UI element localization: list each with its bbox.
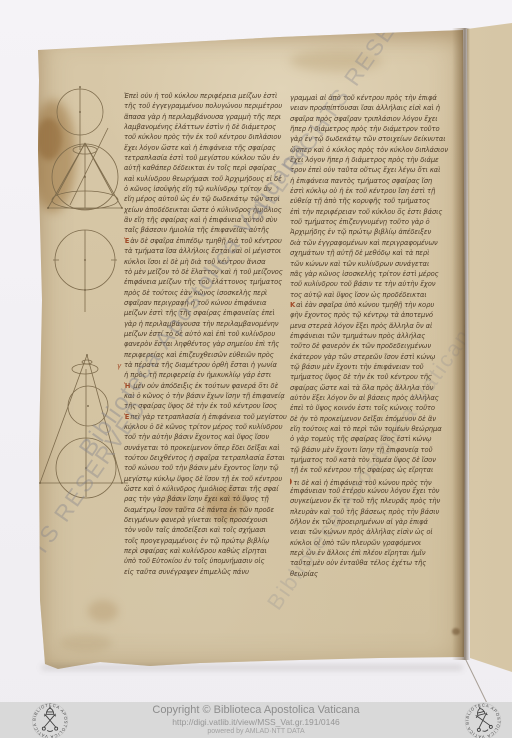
vatican-library-seal-left: BIBLIOTECA APOSTOLICA VATICANA	[31, 702, 69, 738]
page-drop-shadow	[42, 665, 462, 670]
manuscript-page: Ἐπεὶ οὖν ἡ τοῦ κύκλου περιφέρεια μείζων …	[0, 0, 512, 738]
manuscript-column-2: γραμμαὶ αἱ ἀπὸ τοῦ κέντρου πρὸς τὴν ἐπιφ…	[290, 94, 460, 580]
footer-bar: Copyright © Biblioteca Apostolica Vatica…	[0, 702, 512, 738]
copyright-text: Copyright © Biblioteca Apostolica Vatica…	[0, 704, 512, 716]
powered-by-text: powered by AMLAD·NTT DATA	[0, 728, 512, 735]
binding-gutter-shadow	[452, 28, 470, 660]
manuscript-url: http://digi.vatlib.it/view/MSS_Vat.gr.19…	[0, 717, 512, 727]
manuscript-column-1: Ἐπεὶ οὖν ἡ τοῦ κύκλου περιφέρεια μείζων …	[124, 92, 288, 578]
page-fold-edge	[465, 659, 487, 703]
marginal-red-letter: γ	[117, 362, 121, 370]
scanned-manuscript-viewer: Ἐπεὶ οὖν ἡ τοῦ κύκλου περιφέρεια μείζων …	[0, 0, 512, 738]
